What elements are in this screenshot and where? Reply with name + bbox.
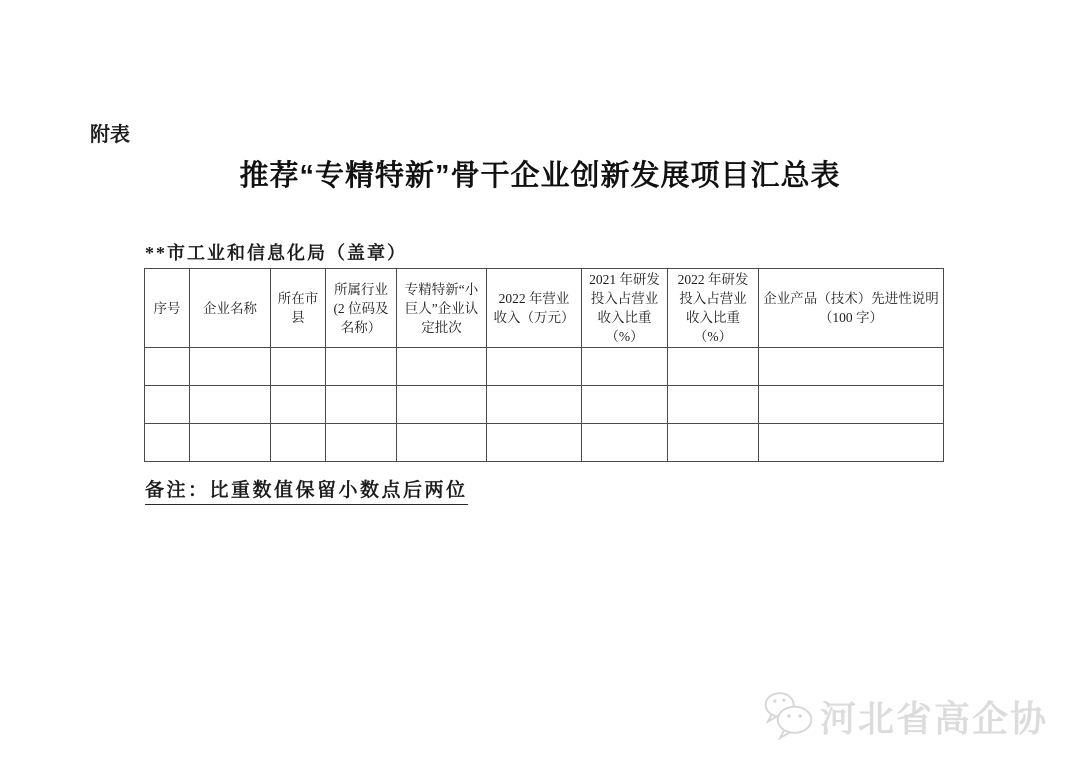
- table-cell: [326, 424, 397, 462]
- column-header: 2021 年研发 投入占营业 收入比重 （%）: [582, 269, 668, 348]
- table-cell: [397, 424, 487, 462]
- watermark-text: 河北省高企协: [820, 691, 1048, 742]
- table-cell: [668, 424, 759, 462]
- table-cell: [487, 424, 582, 462]
- table-header-row: 序号企业名称所在市 县所属行业 (2 位码及 名称）专精特新“小 巨人”企业认 …: [145, 269, 944, 348]
- table-cell: [759, 348, 944, 386]
- table-cell: [271, 348, 326, 386]
- column-header: 企业名称: [190, 269, 271, 348]
- table-cell: [190, 424, 271, 462]
- table-cell: [145, 348, 190, 386]
- column-header: 专精特新“小 巨人”企业认 定批次: [397, 269, 487, 348]
- page-title: 推荐“专精特新”骨干企业创新发展项目汇总表: [0, 153, 1080, 194]
- table-cell: [668, 386, 759, 424]
- summary-table: 序号企业名称所在市 县所属行业 (2 位码及 名称）专精特新“小 巨人”企业认 …: [144, 268, 944, 462]
- note-line: 备注：比重数值保留小数点后两位: [145, 475, 468, 505]
- table-row: [145, 424, 944, 462]
- table-cell: [145, 424, 190, 462]
- table-cell: [487, 348, 582, 386]
- table-cell: [397, 348, 487, 386]
- table-cell: [668, 348, 759, 386]
- table-cell: [326, 348, 397, 386]
- table-cell: [582, 348, 668, 386]
- table-cell: [326, 386, 397, 424]
- table-cell: [271, 386, 326, 424]
- table-cell: [397, 386, 487, 424]
- table-cell: [759, 386, 944, 424]
- table-cell: [271, 424, 326, 462]
- table-cell: [582, 424, 668, 462]
- table-row: [145, 386, 944, 424]
- column-header: 企业产品（技术）先进性说明 （100 字）: [759, 269, 944, 348]
- table-cell: [145, 386, 190, 424]
- table-cell: [487, 386, 582, 424]
- column-header: 所属行业 (2 位码及 名称）: [326, 269, 397, 348]
- table-cell: [190, 386, 271, 424]
- watermark: 河北省高企协: [760, 688, 1048, 744]
- column-header: 所在市 县: [271, 269, 326, 348]
- table-cell: [759, 424, 944, 462]
- table-row: [145, 348, 944, 386]
- table-cell: [582, 386, 668, 424]
- wechat-icon: [760, 688, 816, 744]
- table-cell: [190, 348, 271, 386]
- column-header: 2022 年研发 投入占营业 收入比重 （%）: [668, 269, 759, 348]
- column-header: 序号: [145, 269, 190, 348]
- column-header: 2022 年营业 收入（万元）: [487, 269, 582, 348]
- org-stamp-line: **市工业和信息化局（盖章）: [145, 239, 407, 269]
- attachment-label: 附表: [90, 118, 130, 147]
